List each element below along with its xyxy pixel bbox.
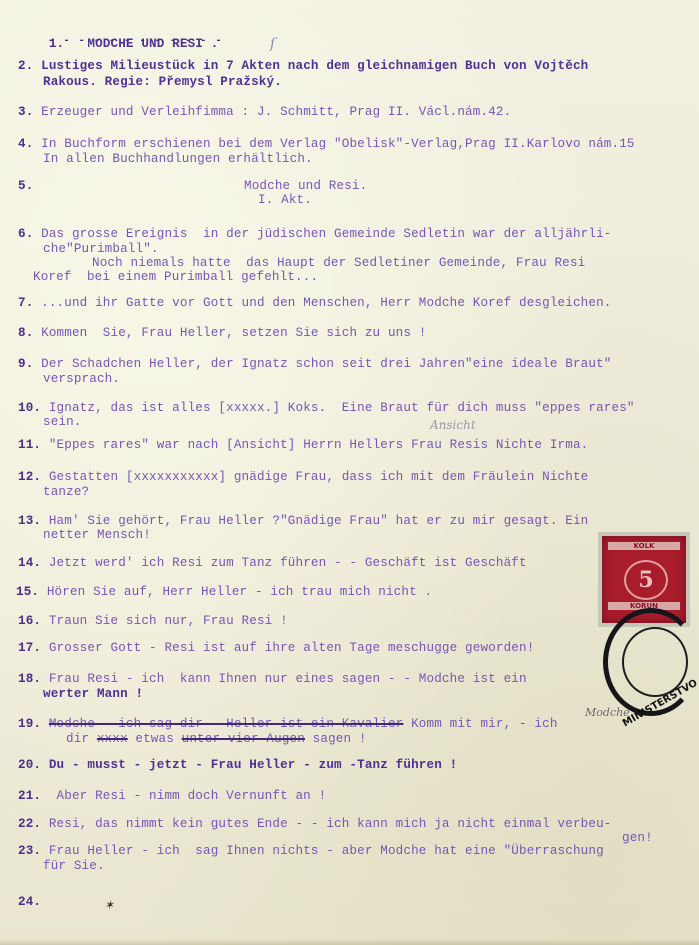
item-text: Traun Sie sich nur, Frau Resi !: [49, 614, 288, 628]
item-text: ...und ihr Gatte vor Gott und den Mensch…: [41, 296, 611, 310]
item-number: 13.: [18, 514, 41, 528]
item-22-cont: gen!: [622, 830, 653, 846]
item-4: 4. In Buchform erschienen bei dem Verlag…: [18, 136, 635, 152]
heading-underline: - - - - - - - - - - - -: [48, 33, 223, 49]
item-number: 5.: [18, 179, 33, 193]
item-number: 19.: [18, 717, 41, 731]
item-23: 23. Frau Heller - ich sag Ihnen nichts -…: [18, 843, 604, 859]
item-text: sagen !: [305, 732, 367, 746]
item-8: 8. Kommen Sie, Frau Heller, setzen Sie s…: [18, 325, 427, 341]
item-text: Lustiges Milieustück in 7 Akten nach dem…: [41, 59, 588, 73]
item-text: In Buchform erschienen bei dem Verlag "O…: [41, 137, 634, 151]
stamp-value: 5: [624, 560, 668, 600]
item-18: 18. Frau Resi - ich kann Ihnen nur eines…: [18, 671, 527, 687]
item-text: Ham' Sie gehört, Frau Heller ?"Gnädige F…: [49, 514, 589, 528]
item-text: dir: [66, 732, 97, 746]
item-11: 11. "Eppes rares" war nach [Ansicht] Her…: [18, 437, 588, 453]
ministry-seal-icon: MINISTERSTVO: [603, 608, 699, 716]
struck-text: xxxx: [97, 732, 128, 746]
item-text: Der Schadchen Heller, der Ignatz schon s…: [41, 357, 611, 371]
item-2-cont: Rakous. Regie: Přemysl Pražský.: [43, 74, 282, 90]
document-page: 1. MODCHE UND RESI . - - - - - - - - - -…: [0, 0, 699, 945]
item-text: Komm mit mir, - ich: [403, 717, 557, 731]
item-21: 21. Aber Resi - nimm doch Vernunft an !: [18, 788, 326, 804]
item-number: 12.: [18, 470, 41, 484]
item-16: 16. Traun Sie sich nur, Frau Resi !: [18, 613, 288, 629]
item-10: 10. Ignatz, das ist alles [xxxxx.] Koks.…: [18, 400, 635, 416]
item-number: 23.: [18, 844, 41, 858]
item-10-cont: sein.: [43, 414, 82, 430]
item-13-cont: netter Mensch!: [43, 527, 151, 543]
item-text: Das grosse Ereignis in der jüdischen Gem…: [41, 227, 611, 241]
item-22: 22. Resi, das nimmt kein gutes Ende - - …: [18, 816, 612, 832]
item-text: Grosser Gott - Resi ist auf ihre alten T…: [49, 641, 535, 655]
item-text: Kommen Sie, Frau Heller, setzen Sie sich…: [41, 326, 426, 340]
item-18-cont: werter Mann !: [43, 686, 143, 702]
item-9-cont: versprach.: [43, 371, 120, 387]
struck-text: Modche - ich sag dir - Heller ist ein Ka…: [49, 717, 404, 731]
item-number: 24.: [18, 895, 41, 909]
item-text: Aber Resi - nimm doch Vernunft an !: [57, 789, 327, 803]
item-12: 12. Gestatten [xxxxxxxxxxx] gnädige Frau…: [18, 469, 588, 485]
item-text: Ignatz, das ist alles [xxxxx.] Koks. Ein…: [49, 401, 635, 415]
item-text: Resi, das nimmt kein gutes Ende - - ich …: [49, 817, 612, 831]
item-text: etwas: [128, 732, 182, 746]
item-9: 9. Der Schadchen Heller, der Ignatz scho…: [18, 356, 612, 372]
item-24: 24.: [18, 894, 41, 910]
item-23-cont: für Sie.: [43, 858, 105, 874]
item-text: Frau Resi - ich kann Ihnen nur eines sag…: [49, 672, 527, 686]
item-6: 6. Das grosse Ereignis in der jüdischen …: [18, 226, 612, 242]
item-17: 17. Grosser Gott - Resi ist auf ihre alt…: [18, 640, 534, 656]
item-number: 6.: [18, 227, 33, 241]
item-text: Jetzt werd' ich Resi zum Tanz führen - -…: [49, 556, 527, 570]
act-subtitle: I. Akt.: [258, 192, 312, 208]
ink-mark: ſ: [270, 36, 275, 52]
item-3: 3. Erzeuger und Verleihfimma : J. Schmit…: [18, 104, 511, 120]
ink-mark: ✶: [104, 898, 114, 912]
item-number: 20.: [18, 758, 41, 772]
item-6-cont: Koref bei einem Purimball gefehlt...: [33, 269, 318, 285]
item-text: Gestatten [xxxxxxxxxxx] gnädige Frau, da…: [49, 470, 589, 484]
item-number: 2.: [18, 59, 33, 73]
item-number: 16.: [18, 614, 41, 628]
struck-text: unter vier Augen: [182, 732, 305, 746]
item-number: 14.: [18, 556, 41, 570]
item-text: Du - musst - jetzt - Frau Heller - zum -…: [49, 758, 458, 772]
item-12-cont: tanze?: [43, 484, 89, 500]
item-7: 7. ...und ihr Gatte vor Gott und den Men…: [18, 295, 612, 311]
item-text: "Eppes rares" war nach [Ansicht] Herrn H…: [49, 438, 589, 452]
item-number: 3.: [18, 105, 33, 119]
item-number: 17.: [18, 641, 41, 655]
item-number: 21.: [18, 789, 41, 803]
item-number: 8.: [18, 326, 33, 340]
item-20: 20. Du - musst - jetzt - Frau Heller - z…: [18, 757, 457, 773]
item-number: 9.: [18, 357, 33, 371]
item-19: 19. Modche - ich sag dir - Heller ist ei…: [18, 716, 558, 732]
item-5: 5.: [18, 178, 33, 194]
item-19-cont: dir xxxx etwas unter vier Augen sagen !: [66, 731, 367, 747]
handwritten-annotation: Ansicht: [430, 418, 476, 432]
item-number: 22.: [18, 817, 41, 831]
item-4-cont: In allen Buchhandlungen erhältlich.: [43, 151, 313, 167]
item-2: 2. Lustiges Milieustück in 7 Akten nach …: [18, 58, 588, 74]
item-number: 10.: [18, 401, 41, 415]
item-number: 18.: [18, 672, 41, 686]
item-text: Hören Sie auf, Herr Heller - ich trau mi…: [47, 585, 432, 599]
handwritten-annotation: Modche: [585, 706, 630, 719]
item-14: 14. Jetzt werd' ich Resi zum Tanz führen…: [18, 555, 527, 571]
item-15: 15. Hören Sie auf, Herr Heller - ich tra…: [16, 584, 432, 600]
item-number: 15.: [16, 585, 39, 599]
item-number: 11.: [18, 438, 41, 452]
item-text: Erzeuger und Verleihfimma : J. Schmitt, …: [41, 105, 511, 119]
item-text: Frau Heller - ich sag Ihnen nichts - abe…: [49, 844, 604, 858]
item-number: 4.: [18, 137, 33, 151]
item-number: 7.: [18, 296, 33, 310]
stamp-top-label: KOLK: [608, 542, 680, 550]
